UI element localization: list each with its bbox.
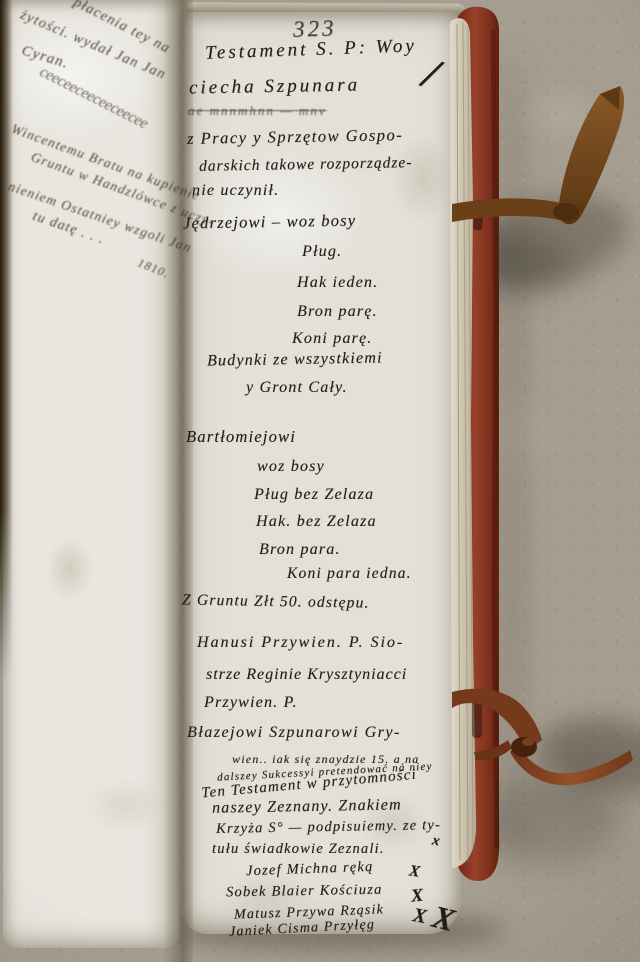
manuscript-line: Bron parę.	[297, 303, 378, 321]
manuscript-line: Bron para.	[259, 541, 341, 559]
manuscript-line: Błazejowi Szpunarowi Gry-	[187, 724, 401, 742]
cover-wear-streak	[493, 30, 497, 848]
manuscript-line: Przywien. P.	[204, 694, 298, 712]
manuscript-line: z Pracy y Sprzętow Gospo-	[187, 126, 404, 148]
manuscript-line: Jędrzejowi – woz bosy	[183, 211, 357, 232]
manuscript-line: 1810.	[136, 256, 172, 281]
lower-strap-shadow-soft	[478, 778, 620, 864]
manuscript-line: Hak. bez Zelaza	[256, 513, 377, 531]
cover-edge-shadow	[498, 55, 524, 861]
manuscript-line: Budynki ze wszystkiemi	[207, 349, 383, 370]
ink-x-mark: X	[410, 885, 424, 904]
manuscript-line: ceeceeceeceeceecee	[37, 63, 151, 133]
photo-of-manuscript: { "colors":{ "background":"#a59e90","pap…	[0, 0, 640, 962]
manuscript-line: Pług.	[302, 243, 342, 261]
manuscript-line: woz bosy	[257, 458, 325, 476]
page-number: 323	[293, 15, 337, 43]
right-page-handwriting: 323 Testament S. P: Woyciecha Szpunaraae…	[185, 0, 475, 962]
manuscript-line: darskich takowe rozporządze-	[199, 154, 413, 175]
manuscript-line: Koni para iedna.	[287, 565, 412, 582]
ink-x-mark: X	[408, 863, 421, 880]
manuscript-line: Krzyża S° — podpisuiemy. ze ty-	[216, 818, 441, 838]
manuscript-line: Hanusi Przywien. P. Sio-	[197, 634, 404, 652]
manuscript-line: Pług bez Zelaza	[254, 486, 374, 504]
upper-blade-dark-tip	[600, 86, 620, 110]
ink-x-mark: x	[431, 833, 441, 849]
ink-x-mark: X	[411, 905, 428, 927]
manuscript-line: naszey Zeznany. Znakiem	[212, 796, 402, 817]
manuscript-line: tułu świadkowie Zeznali.	[212, 842, 385, 858]
manuscript-line: nie uczynił.	[192, 182, 279, 200]
manuscript-line: Hak ieden.	[297, 274, 378, 292]
lower-knot-highlight	[522, 738, 534, 746]
manuscript-line: strze Reginie Krysztyniacci	[206, 666, 407, 684]
ink-x-mark: /	[419, 51, 444, 97]
manuscript-line: Bartłomiejowi	[186, 428, 296, 446]
manuscript-line: Z Gruntu Złt 50. odstępu.	[182, 591, 370, 611]
manuscript-line: ciecha Szpunara	[189, 76, 360, 100]
manuscript-line: y Gront Cały.	[246, 379, 348, 397]
manuscript-line: Sobek Blaier Kościuza	[226, 883, 383, 902]
manuscript-line: Koni parę.	[292, 330, 372, 348]
manuscript-line: ae mnnmhnn — mnv	[188, 104, 327, 118]
manuscript-line: Jozef Michna ręką	[246, 860, 374, 880]
ink-x-mark: X	[429, 900, 457, 936]
